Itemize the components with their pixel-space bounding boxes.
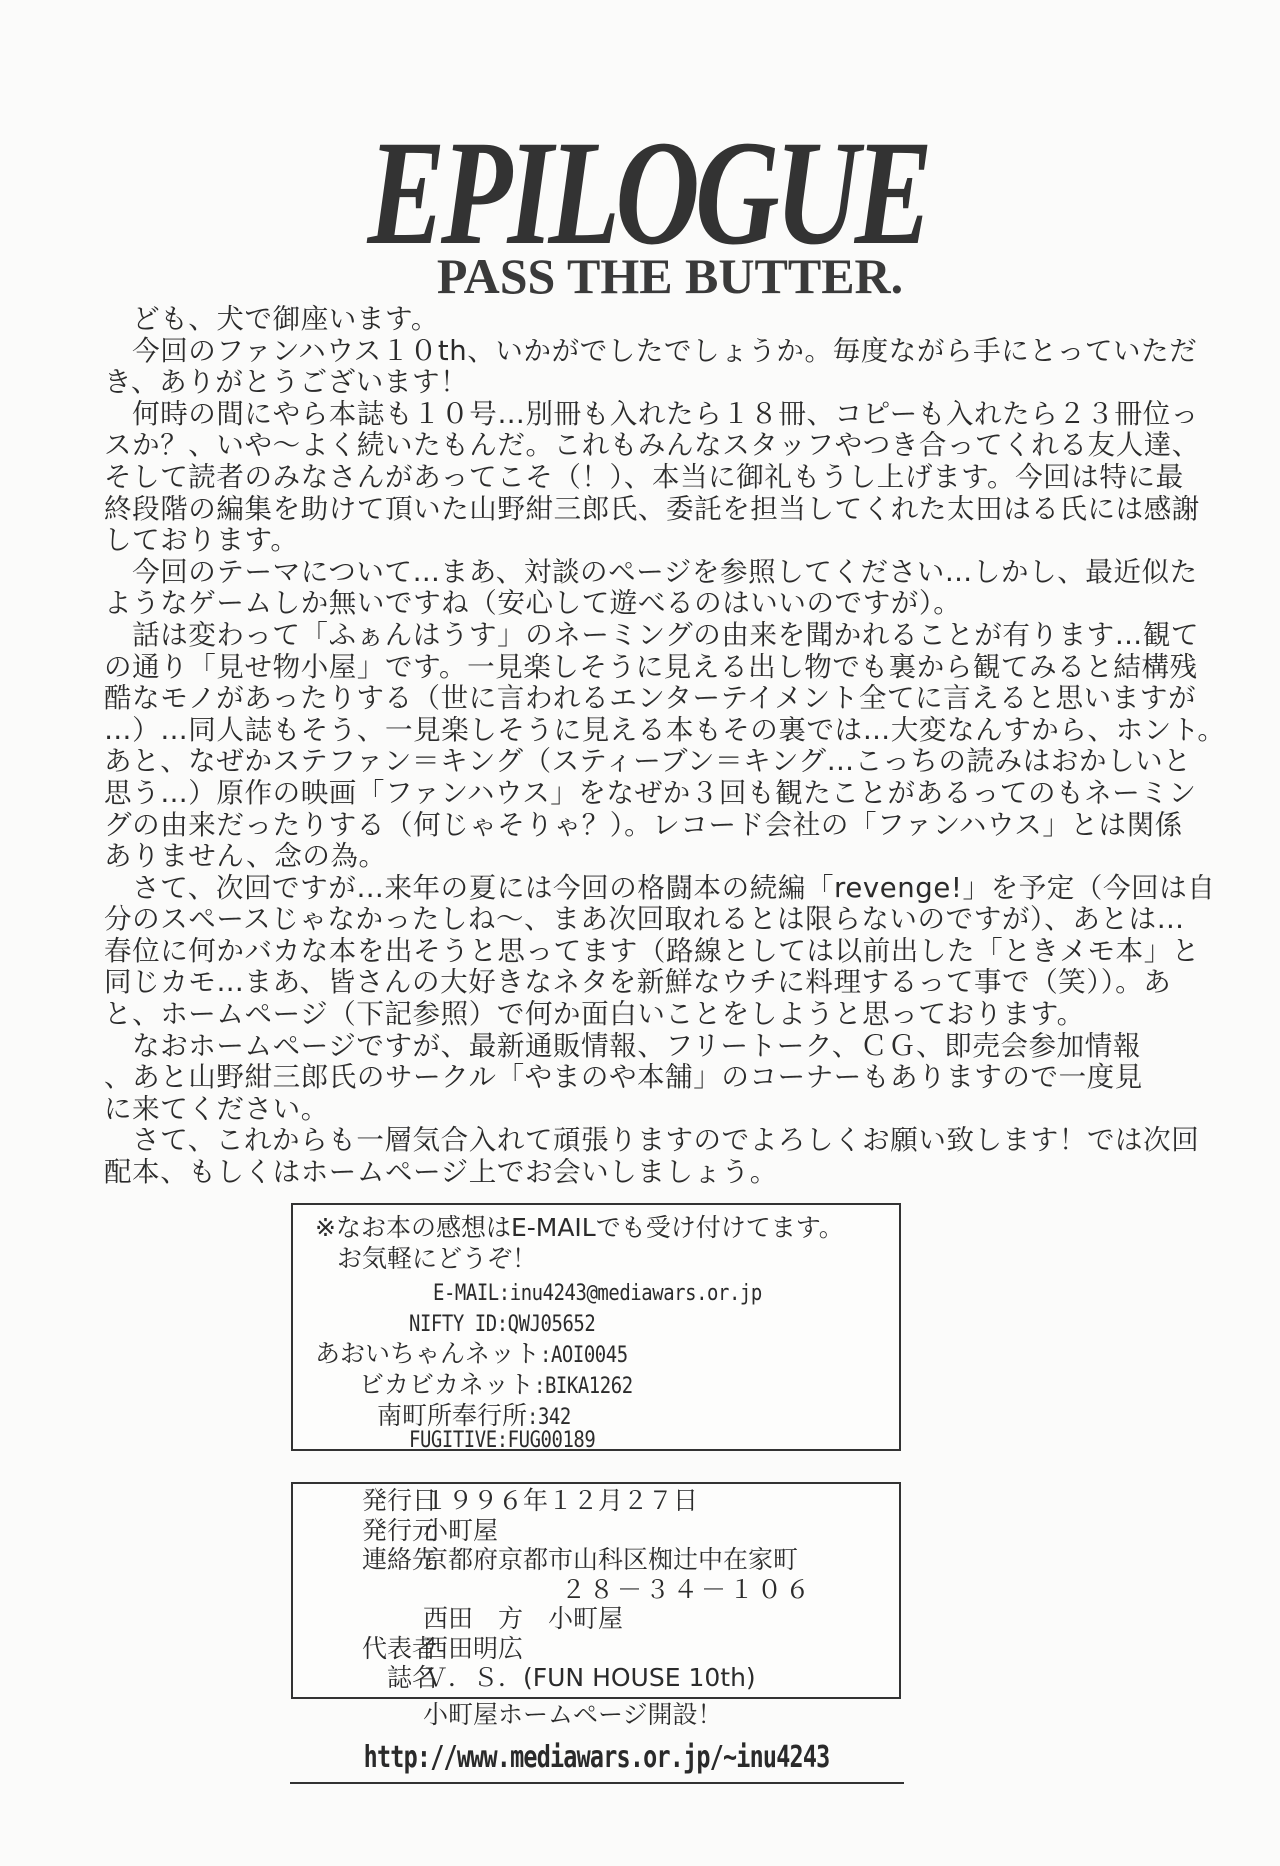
colophon-value: Ｖ．Ｓ．(FUN HOUSE 10th): [423, 1663, 756, 1693]
colophon-value: 西田 方 小町屋: [423, 1604, 623, 1634]
page-subtitle: PASS THE BUTTER.: [0, 250, 1280, 302]
contact-bika-label: ビカビカネット: [359, 1370, 534, 1399]
contact-nifty-value: QWJ05652: [508, 1312, 596, 1337]
body-line: 話は変わって「ふぁんはうす」のネーミングの由来を聞かれることが有ります…観て: [104, 620, 1164, 652]
body-line: なおホームページですが、最新通販情報、フリートーク、ＣＧ、即売会参加情報: [104, 1031, 1164, 1063]
body-line: …）…同人誌もそう、一見楽しそうに見える本もその裏では…大変なんすから、ホント。: [104, 715, 1164, 747]
colophon-value: 小町屋: [423, 1516, 498, 1546]
body-line: そして読者のみなさんがあってこそ（！）、本当に御礼もうし上げます。今回は特に最: [104, 462, 1164, 494]
body-line: 、あと山野紺三郎氏のサークル「やまのや本舗」のコーナーもありますので一度見: [104, 1062, 1164, 1094]
colophon-label: 発行元: [337, 1516, 437, 1546]
contact-bika-value: BIKA1262: [545, 1374, 633, 1399]
contact-email-value[interactable]: inu4243@mediawars.or.jp: [510, 1281, 762, 1306]
body-line: ども、犬で御座います。: [104, 304, 1164, 336]
colophon-label: 連絡先: [337, 1545, 437, 1575]
colophon-box: 発行日１９９６年１２月２７日発行元小町屋連絡先京都府京都市山科区椥辻中在家町２８…: [291, 1482, 901, 1699]
body-line: スか？、いや～よく続いたもんだ。これもみんなスタッフやつき合ってくれる友人達、: [104, 430, 1164, 462]
body-line: と、ホームページ（下記参照）で何か面白いことをしようと思っております。: [104, 999, 1164, 1031]
contact-minamimachi-label: 南町所奉行所: [377, 1401, 527, 1430]
colophon-label: 代表者: [337, 1634, 437, 1664]
body-line: の通り「見せ物小屋」です。一見楽しそうに見える出し物でも裏から観てみると結構残: [104, 652, 1164, 684]
body-line: ありません、念の為。: [104, 841, 1164, 873]
contact-aoi-label: あおいちゃんネット: [315, 1339, 540, 1368]
contact-note-line-2: お気軽にどうぞ！: [337, 1244, 537, 1274]
body-line: 思う…）原作の映画「ファンハウス」をなぜか３回も観たことがあるってのもネーミン: [104, 778, 1164, 810]
homepage-url[interactable]: http://www.mediawars.or.jp/~inu4243: [290, 1738, 904, 1784]
contact-email: E-MAIL:inu4243@mediawars.or.jp: [433, 1277, 815, 1309]
contact-fugitive: FUGITIVE:FUG00189: [409, 1432, 626, 1448]
colophon-value: ２８－３４－１０６: [561, 1575, 813, 1605]
body-line: 春位に何かバカな本を出そうと思ってます（路線としては以前出した「ときメモ本」と: [104, 936, 1164, 968]
contact-fugitive-label: FUGITIVE: [409, 1428, 497, 1453]
colophon-value: 京都府京都市山科区椥辻中在家町: [423, 1545, 798, 1575]
colophon-label: 発行日: [337, 1486, 437, 1516]
body-line: き、ありがとうございます！: [104, 367, 1164, 399]
contact-aoi-value: AOI0045: [551, 1343, 628, 1368]
body-line: 終段階の編集を助けて頂いた山野紺三郎氏、委託を担当してくれた太田はる氏には感謝: [104, 494, 1164, 526]
body-line: 今回のテーマについて…まあ、対談のページを参照してください…しかし、最近似た: [104, 557, 1164, 589]
body-line: に来てください。: [104, 1094, 1164, 1126]
homepage-announcement: 小町屋ホームページ開設！: [423, 1700, 723, 1730]
contact-nifty: NIFTY ID:QWJ05652: [409, 1308, 626, 1340]
contact-bika: ビカビカネット:BIKA1262: [359, 1370, 649, 1402]
body-line: 何時の間にやら本誌も１０号…別冊も入れたら１８冊、コピーも入れたら２３冊位っ: [104, 399, 1164, 431]
contact-fugitive-value: FUG00189: [508, 1428, 596, 1453]
colophon-value: 西田明広: [423, 1634, 523, 1664]
body-line: ようなゲームしか無いですね（安心して遊べるのはいいのですが）。: [104, 588, 1164, 620]
body-line: 配本、もしくはホームページ上でお会いしましょう。: [104, 1157, 1164, 1189]
afterword-body: ども、犬で御座います。 今回のファンハウス１０th、いかがでしたでしょうか。毎度…: [104, 304, 1164, 1189]
contact-box: ※なお本の感想はE-MAILでも受け付けてます。 お気軽にどうぞ！ E-MAIL…: [291, 1203, 901, 1451]
body-line: あと、なぜかステファン＝キング（スティーブン＝キング…こっちの読みはおかしいと: [104, 746, 1164, 778]
body-line: 今回のファンハウス１０th、いかがでしたでしょうか。毎度ながら手にとっていただ: [104, 336, 1164, 368]
contact-note-line-1: ※なお本の感想はE-MAILでも受け付けてます。: [315, 1213, 844, 1243]
body-line: 酷なモノがあったりする（世に言われるエンターテイメント全てに言えると思いますが: [104, 683, 1164, 715]
contact-email-label: E-MAIL: [433, 1281, 499, 1306]
contact-nifty-label: NIFTY ID: [409, 1312, 497, 1337]
body-line: しております。: [104, 525, 1164, 557]
body-line: 同じカモ…まあ、皆さんの大好きなネタを新鮮なウチに料理するって事で（笑））。あ: [104, 967, 1164, 999]
colophon-value: １９９６年１２月２７日: [423, 1486, 698, 1516]
body-line: 分のスペースじゃなかったしね～、まあ次回取れるとは限らないのですが）、あとは…: [104, 904, 1164, 936]
body-line: さて、これからも一層気合入れて頑張りますのでよろしくお願い致します！では次回: [104, 1125, 1164, 1157]
colophon-label: 誌名: [337, 1663, 437, 1693]
contact-minamimachi-value: 342: [538, 1405, 571, 1430]
contact-aoi: あおいちゃんネット:AOI0045: [315, 1339, 642, 1371]
body-line: グの由来だったりする（何じゃそりゃ？）。レコード会社の「ファンハウス」とは関係: [104, 810, 1164, 842]
page-title: EPILOGUE: [141, 128, 1147, 258]
homepage-url-text[interactable]: http://www.mediawars.or.jp/~inu4243: [364, 1738, 830, 1778]
body-line: さて、次回ですが…来年の夏には今回の格闘本の続編「revenge!」を予定（今回…: [104, 873, 1164, 905]
